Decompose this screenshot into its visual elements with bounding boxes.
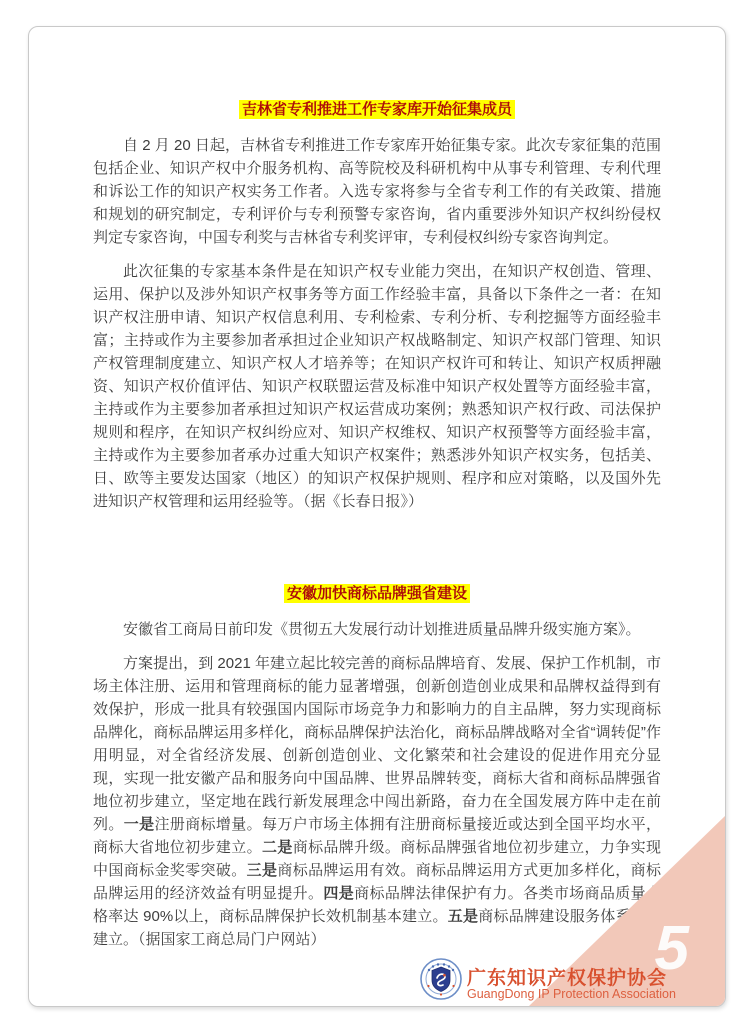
bold-text-run: 五是 <box>448 908 479 925</box>
text-run: 自 2 月 20 日起，吉林省专利推进工作专家库开始征集专家。此次专家征集的范围… <box>93 137 661 246</box>
bold-text-run: 三是 <box>247 862 278 879</box>
gdipa-badge-logo-icon <box>420 958 462 1000</box>
articles-root: 吉林省专利推进工作专家库开始征集成员自 2 月 20 日起，吉林省专利推进工作专… <box>29 97 725 951</box>
footer-org-name-en: GuangDong IP Protection Association <box>467 987 676 1001</box>
paragraph: 此次征集的专家基本条件是在知识产权专业能力突出，在知识产权创造、管理、运用、保护… <box>93 260 661 513</box>
paragraph: 自 2 月 20 日起，吉林省专利推进工作专家库开始征集专家。此次专家征集的范围… <box>93 134 661 249</box>
document-sheet: 吉林省专利推进工作专家库开始征集成员自 2 月 20 日起，吉林省专利推进工作专… <box>28 26 726 1007</box>
footer-org-name-cn: 广东知识产权保护协会 <box>467 963 667 990</box>
page-background: 吉林省专利推进工作专家库开始征集成员自 2 月 20 日起，吉林省专利推进工作专… <box>0 0 750 1036</box>
text-run: 方案提出，到 2021 年建立起比较完善的商标品牌培育、发展、保护工作机制，市场… <box>93 655 661 833</box>
article: 吉林省专利推进工作专家库开始征集成员自 2 月 20 日起，吉林省专利推进工作专… <box>93 97 661 513</box>
article-title-highlight: 吉林省专利推进工作专家库开始征集成员 <box>239 100 515 119</box>
bold-text-run: 一是 <box>124 816 155 833</box>
bold-text-run: 四是 <box>323 885 354 902</box>
paragraph: 安徽省工商局日前印发《贯彻五大发展行动计划推进质量品牌升级实施方案》。 <box>93 618 661 641</box>
text-run: 安徽省工商局日前印发《贯彻五大发展行动计划推进质量品牌升级实施方案》。 <box>123 621 641 638</box>
article-title: 吉林省专利推进工作专家库开始征集成员 <box>93 97 661 122</box>
article-title: 安徽加快商标品牌强省建设 <box>93 581 661 606</box>
article: 安徽加快商标品牌强省建设安徽省工商局日前印发《贯彻五大发展行动计划推进质量品牌升… <box>93 581 661 951</box>
bold-text-run: 二是 <box>262 839 293 856</box>
article-title-highlight: 安徽加快商标品牌强省建设 <box>284 584 470 603</box>
text-run: 此次征集的专家基本条件是在知识产权专业能力突出，在知识产权创造、管理、运用、保护… <box>93 263 661 510</box>
paragraph: 方案提出，到 2021 年建立起比较完善的商标品牌培育、发展、保护工作机制，市场… <box>93 652 661 951</box>
